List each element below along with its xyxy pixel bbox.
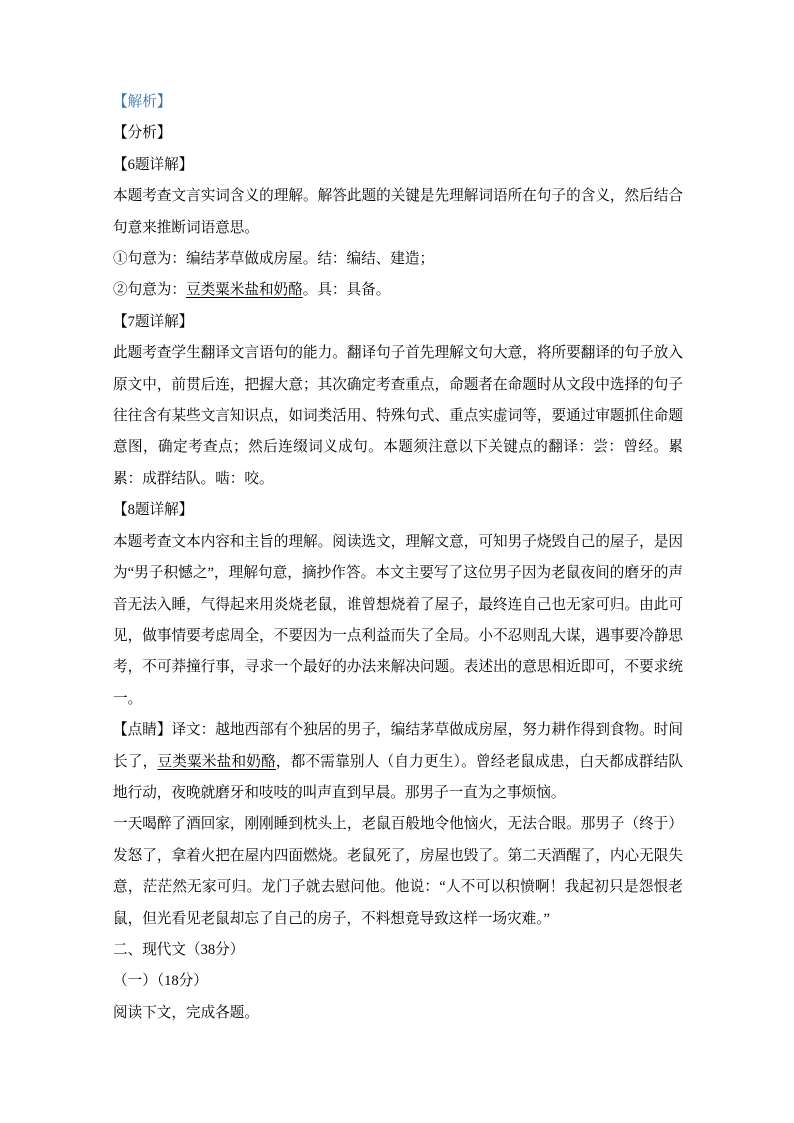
heading-q7-detail: 【7题详解】 <box>113 307 683 338</box>
dianjing-underlined-text: 豆类粟米盐和奶酪 <box>157 754 275 770</box>
paragraph-q6-intro: 本题考查文言实词含义的理解。解答此题的关键是先理解词语所在句子的含义，然后结合句… <box>113 181 683 244</box>
paragraph-q7-explanation: 此题考查学生翻译文言语句的能力。翻译句子首先理解文句大意，将所要翻译的句子放入原… <box>113 338 683 495</box>
q6-item2-prefix: ②句意为： <box>113 282 186 298</box>
paragraph-q6-item2: ②句意为：豆类粟米盐和奶酪。具：具备。 <box>113 275 683 306</box>
q6-item2-suffix: 。具：具备。 <box>303 282 391 298</box>
paragraph-dianjing-translation-1: 【点睛】译文：越地西部有个独居的男子，编结茅草做成房屋，努力耕作得到食物。时间长… <box>113 715 683 809</box>
heading-q8-detail: 【8题详解】 <box>113 495 683 526</box>
paragraph-q8-explanation: 本题考查文本内容和主旨的理解。阅读选文，理解文意，可知男子烧毁自己的屋子，是因为… <box>113 527 683 715</box>
document-page: 【解析】 【分析】 【6题详解】 本题考查文言实词含义的理解。解答此题的关键是先… <box>0 0 794 1123</box>
document-content: 【解析】 【分析】 【6题详解】 本题考查文言实词含义的理解。解答此题的关键是先… <box>113 87 683 1029</box>
q6-item2-underlined-text: 豆类粟米盐和奶酪 <box>186 282 303 298</box>
heading-section2-part1: （一）（18分） <box>113 966 683 997</box>
heading-jiexi: 【解析】 <box>113 87 683 118</box>
heading-fenxi: 【分析】 <box>113 118 683 149</box>
paragraph-dianjing-translation-2: 一天喝醉了酒回家，刚刚睡到枕头上，老鼠百般地令他恼火，无法合眼。那男子（终于）发… <box>113 809 683 935</box>
paragraph-q6-item1: ①句意为：编结茅草做成房屋。结：编结、建造； <box>113 244 683 275</box>
heading-q6-detail: 【6题详解】 <box>113 150 683 181</box>
heading-section2-modern-text: 二、现代文（38分） <box>113 935 683 966</box>
paragraph-reading-instruction: 阅读下文，完成各题。 <box>113 998 683 1029</box>
